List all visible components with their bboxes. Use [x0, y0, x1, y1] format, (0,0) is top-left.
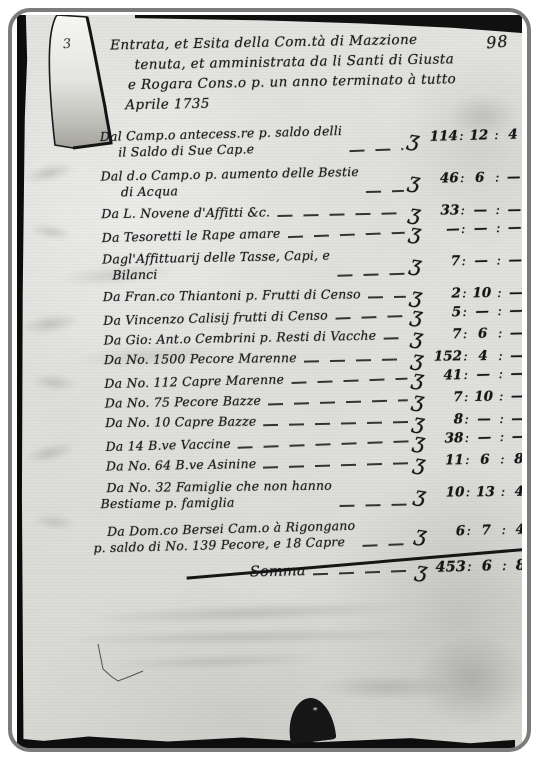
brace-mark: ʒ	[408, 173, 422, 189]
amount-lire: 11	[426, 452, 464, 469]
brace-mark: ʒ	[412, 433, 426, 449]
amount-denari: —	[503, 324, 522, 340]
amount-denari: 8	[508, 556, 522, 574]
dash-leader	[263, 421, 408, 426]
page-scan: 3 98 Entrata, et Esita della Com.tà di M…	[17, 15, 522, 748]
brace-mark: ʒ	[412, 392, 426, 408]
entry-amount: 8:—:—	[425, 410, 522, 427]
amount-denari: —	[505, 387, 522, 403]
amount-denari: —	[503, 284, 522, 300]
dash-leader	[313, 569, 411, 575]
amount-lire: 33	[421, 202, 459, 218]
amount-lire: 453	[428, 558, 466, 576]
amount-lire: 46	[421, 170, 459, 187]
amount-soldi: 12	[465, 127, 493, 144]
brace-mark: ʒ	[410, 307, 424, 323]
amount-lire: 152	[424, 348, 462, 364]
brace-mark: ʒ	[412, 413, 426, 429]
amount-denari: —	[502, 251, 522, 267]
entry-label: Dagl'Affittuarij delle Tasse, Capi, eBil…	[102, 247, 330, 283]
entry-amount: 46:6:—	[421, 168, 522, 186]
dash-leader	[368, 295, 406, 298]
dash-leader	[339, 503, 410, 507]
entry-label: Da No. 32 Famiglie che non hannoBestiame…	[106, 477, 332, 511]
brace-mark: ʒ	[408, 204, 422, 220]
entry-label: Da No. 75 Pecore Bazze	[105, 392, 262, 411]
entry-label: Da L. Novene d'Affitti &c.	[101, 204, 270, 222]
amount-soldi: —	[469, 366, 497, 383]
amount-lire: 114	[420, 128, 458, 145]
dash-leader	[366, 190, 404, 193]
brace-mark: ʒ	[413, 455, 427, 471]
brace-mark: ʒ	[411, 350, 425, 366]
brace-mark: ʒ	[410, 287, 424, 303]
amount-denari: —	[503, 302, 522, 319]
dash-leader	[337, 273, 405, 277]
entry-amount: 38:—:—	[425, 428, 522, 447]
dash-leader	[277, 212, 404, 217]
entry-amount: 5:—:—	[423, 302, 522, 321]
amount-soldi: 4	[469, 347, 497, 363]
amount-soldi: —	[467, 252, 495, 269]
ledger-header: Entrata, et Esita della Com.tà di Mazzio…	[72, 23, 522, 116]
amount-denari: 4	[500, 126, 522, 143]
entry-label: Dal d.o Camp.o p. aumento delle Bestiedi…	[100, 163, 359, 200]
dash-leader	[350, 148, 404, 152]
amount-soldi: —	[470, 429, 498, 446]
sum-amount: 453 : 6 : 8	[428, 556, 522, 576]
entry-label: Da Tesoretti le Rape amare	[102, 225, 281, 246]
brace-mark: ʒ	[409, 256, 423, 272]
entry-label: Da 14 B.ve Vaccine	[105, 435, 231, 454]
amount-lire: 38	[425, 429, 463, 446]
brace-mark: ʒ	[409, 224, 423, 240]
entry-amount: 11:6:8	[426, 450, 522, 468]
brace-mark: ʒ	[415, 562, 429, 578]
entry-label: Da No. 1500 Pecore Marenne	[104, 350, 297, 368]
page-number: 98	[485, 31, 509, 52]
amount-denari: —	[501, 201, 522, 217]
entry-amount: 41:—:—	[424, 365, 522, 384]
brace-mark: ʒ	[413, 486, 427, 502]
brace-mark: ʒ	[407, 131, 421, 147]
amount-denari: 8	[506, 450, 522, 466]
entry-amount: 7:—:—	[422, 251, 522, 269]
entry-amount: 152:4:—	[424, 347, 522, 364]
amount-denari: —	[504, 365, 522, 382]
amount-lire: 6	[427, 522, 465, 539]
amount-denari: —	[501, 219, 522, 236]
amount-soldi: 6	[471, 451, 499, 468]
brace-mark: ʒ	[410, 329, 424, 345]
amount-denari: —	[504, 347, 522, 363]
amount-denari: —	[501, 168, 522, 184]
amount-soldi: 6	[468, 325, 496, 342]
amount-denari: 4	[506, 483, 522, 499]
folio-mark: 3	[62, 37, 72, 53]
amount-denari: —	[505, 428, 522, 445]
amount-lire: 7	[423, 326, 461, 343]
amount-soldi: 10	[470, 388, 498, 405]
amount-lire: 41	[424, 366, 462, 383]
entry-label: Dal Camp.o antecess.re p. saldo delliil …	[100, 122, 343, 160]
amount-lire: 10	[426, 484, 464, 500]
amount-soldi: 6	[466, 169, 494, 186]
amount-denari: —	[505, 410, 522, 426]
dash-leader	[238, 440, 409, 448]
entry-amount: 7:6:—	[423, 324, 522, 342]
manuscript-scan-page: 3 98 Entrata, et Esita della Com.tà di M…	[0, 0, 539, 760]
amount-lire: 8	[425, 411, 463, 427]
amount-soldi: —	[466, 201, 494, 217]
amount-soldi: 7	[472, 522, 500, 539]
entry-amount: 33:—:—	[421, 201, 522, 218]
amount-denari: 4	[507, 521, 522, 538]
entry-amount: 7:10:—	[425, 387, 522, 405]
entry-label: Da Dom.co Bersei Cam.o à Rigonganop. sal…	[107, 517, 356, 555]
amount-lire: —	[421, 221, 459, 238]
entry-label: Da Vincenzo Calisij frutti di Censo	[103, 307, 328, 329]
dash-leader	[288, 231, 405, 237]
entry-label: Da Fran.co Thiantoni p. Frutti di Censo	[103, 286, 361, 305]
dash-leader	[291, 377, 407, 383]
dash-leader	[363, 543, 411, 547]
amount-soldi: 6	[473, 557, 501, 575]
entry-amount: 6:7:4	[427, 521, 522, 540]
ledger-entries: Dal Camp.o antecess.re p. saldo delliil …	[74, 115, 522, 559]
amount-soldi: 13	[471, 483, 499, 499]
amount-soldi: —	[470, 410, 498, 426]
dash-leader	[263, 462, 409, 468]
amount-soldi: 10	[468, 284, 496, 300]
amount-soldi: —	[466, 220, 494, 237]
entry-amount: 2:10:—	[423, 284, 522, 301]
dash-leader	[383, 336, 407, 339]
entry-label: Da Gio: Ant.o Cembrini p. Resti di Vacch…	[103, 327, 376, 348]
entry-amount: —:—:—	[421, 219, 522, 238]
ledger-content: 98 Entrata, et Esita della Com.tà di Maz…	[72, 23, 522, 585]
brace-mark: ʒ	[414, 526, 428, 542]
brace-mark: ʒ	[411, 370, 425, 386]
amount-lire: 5	[423, 304, 461, 321]
entry-label: Da No. 10 Capre Bazze	[105, 413, 256, 431]
dash-leader	[335, 314, 406, 319]
entry-amount: 10:13:4	[426, 483, 522, 500]
entry-label: Da No. 64 B.ve Asinine	[106, 455, 257, 474]
amount-lire: 7	[425, 389, 463, 406]
amount-lire: 7	[422, 253, 460, 270]
entry-label: Da No. 112 Capre Marenne	[104, 371, 284, 392]
dash-leader	[268, 399, 408, 405]
dash-leader	[304, 358, 407, 362]
amount-soldi: —	[468, 303, 496, 320]
amount-lire: 2	[423, 285, 461, 301]
entry-amount: 114:12:4	[420, 126, 522, 145]
